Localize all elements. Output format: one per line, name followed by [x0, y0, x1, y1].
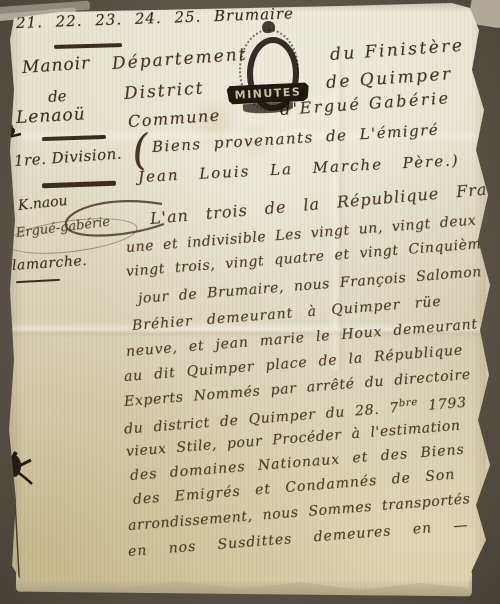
pen-flourish: [58, 196, 170, 244]
margin-lenaou: Lenaoü: [15, 104, 86, 128]
arrete-date-post: 1793: [418, 395, 468, 415]
margin-de: de: [47, 87, 67, 106]
page-right-deckle-edge: [472, 0, 500, 604]
photo-background: 21. 22. 23. 24. 25. Brumaire Département…: [0, 0, 500, 604]
minutes-stamp: MINUTES: [226, 24, 312, 122]
binding-stitch: [0, 122, 26, 158]
document-page: 21. 22. 23. 24. 25. Brumaire Département…: [0, 0, 500, 604]
stamp-banner-label: MINUTES: [234, 85, 301, 101]
stamp-banner-fold: [243, 102, 293, 115]
stamp-banner: MINUTES: [227, 82, 310, 105]
arrete-date-superscript: bre: [398, 397, 418, 409]
binding-stitch: [0, 446, 36, 596]
